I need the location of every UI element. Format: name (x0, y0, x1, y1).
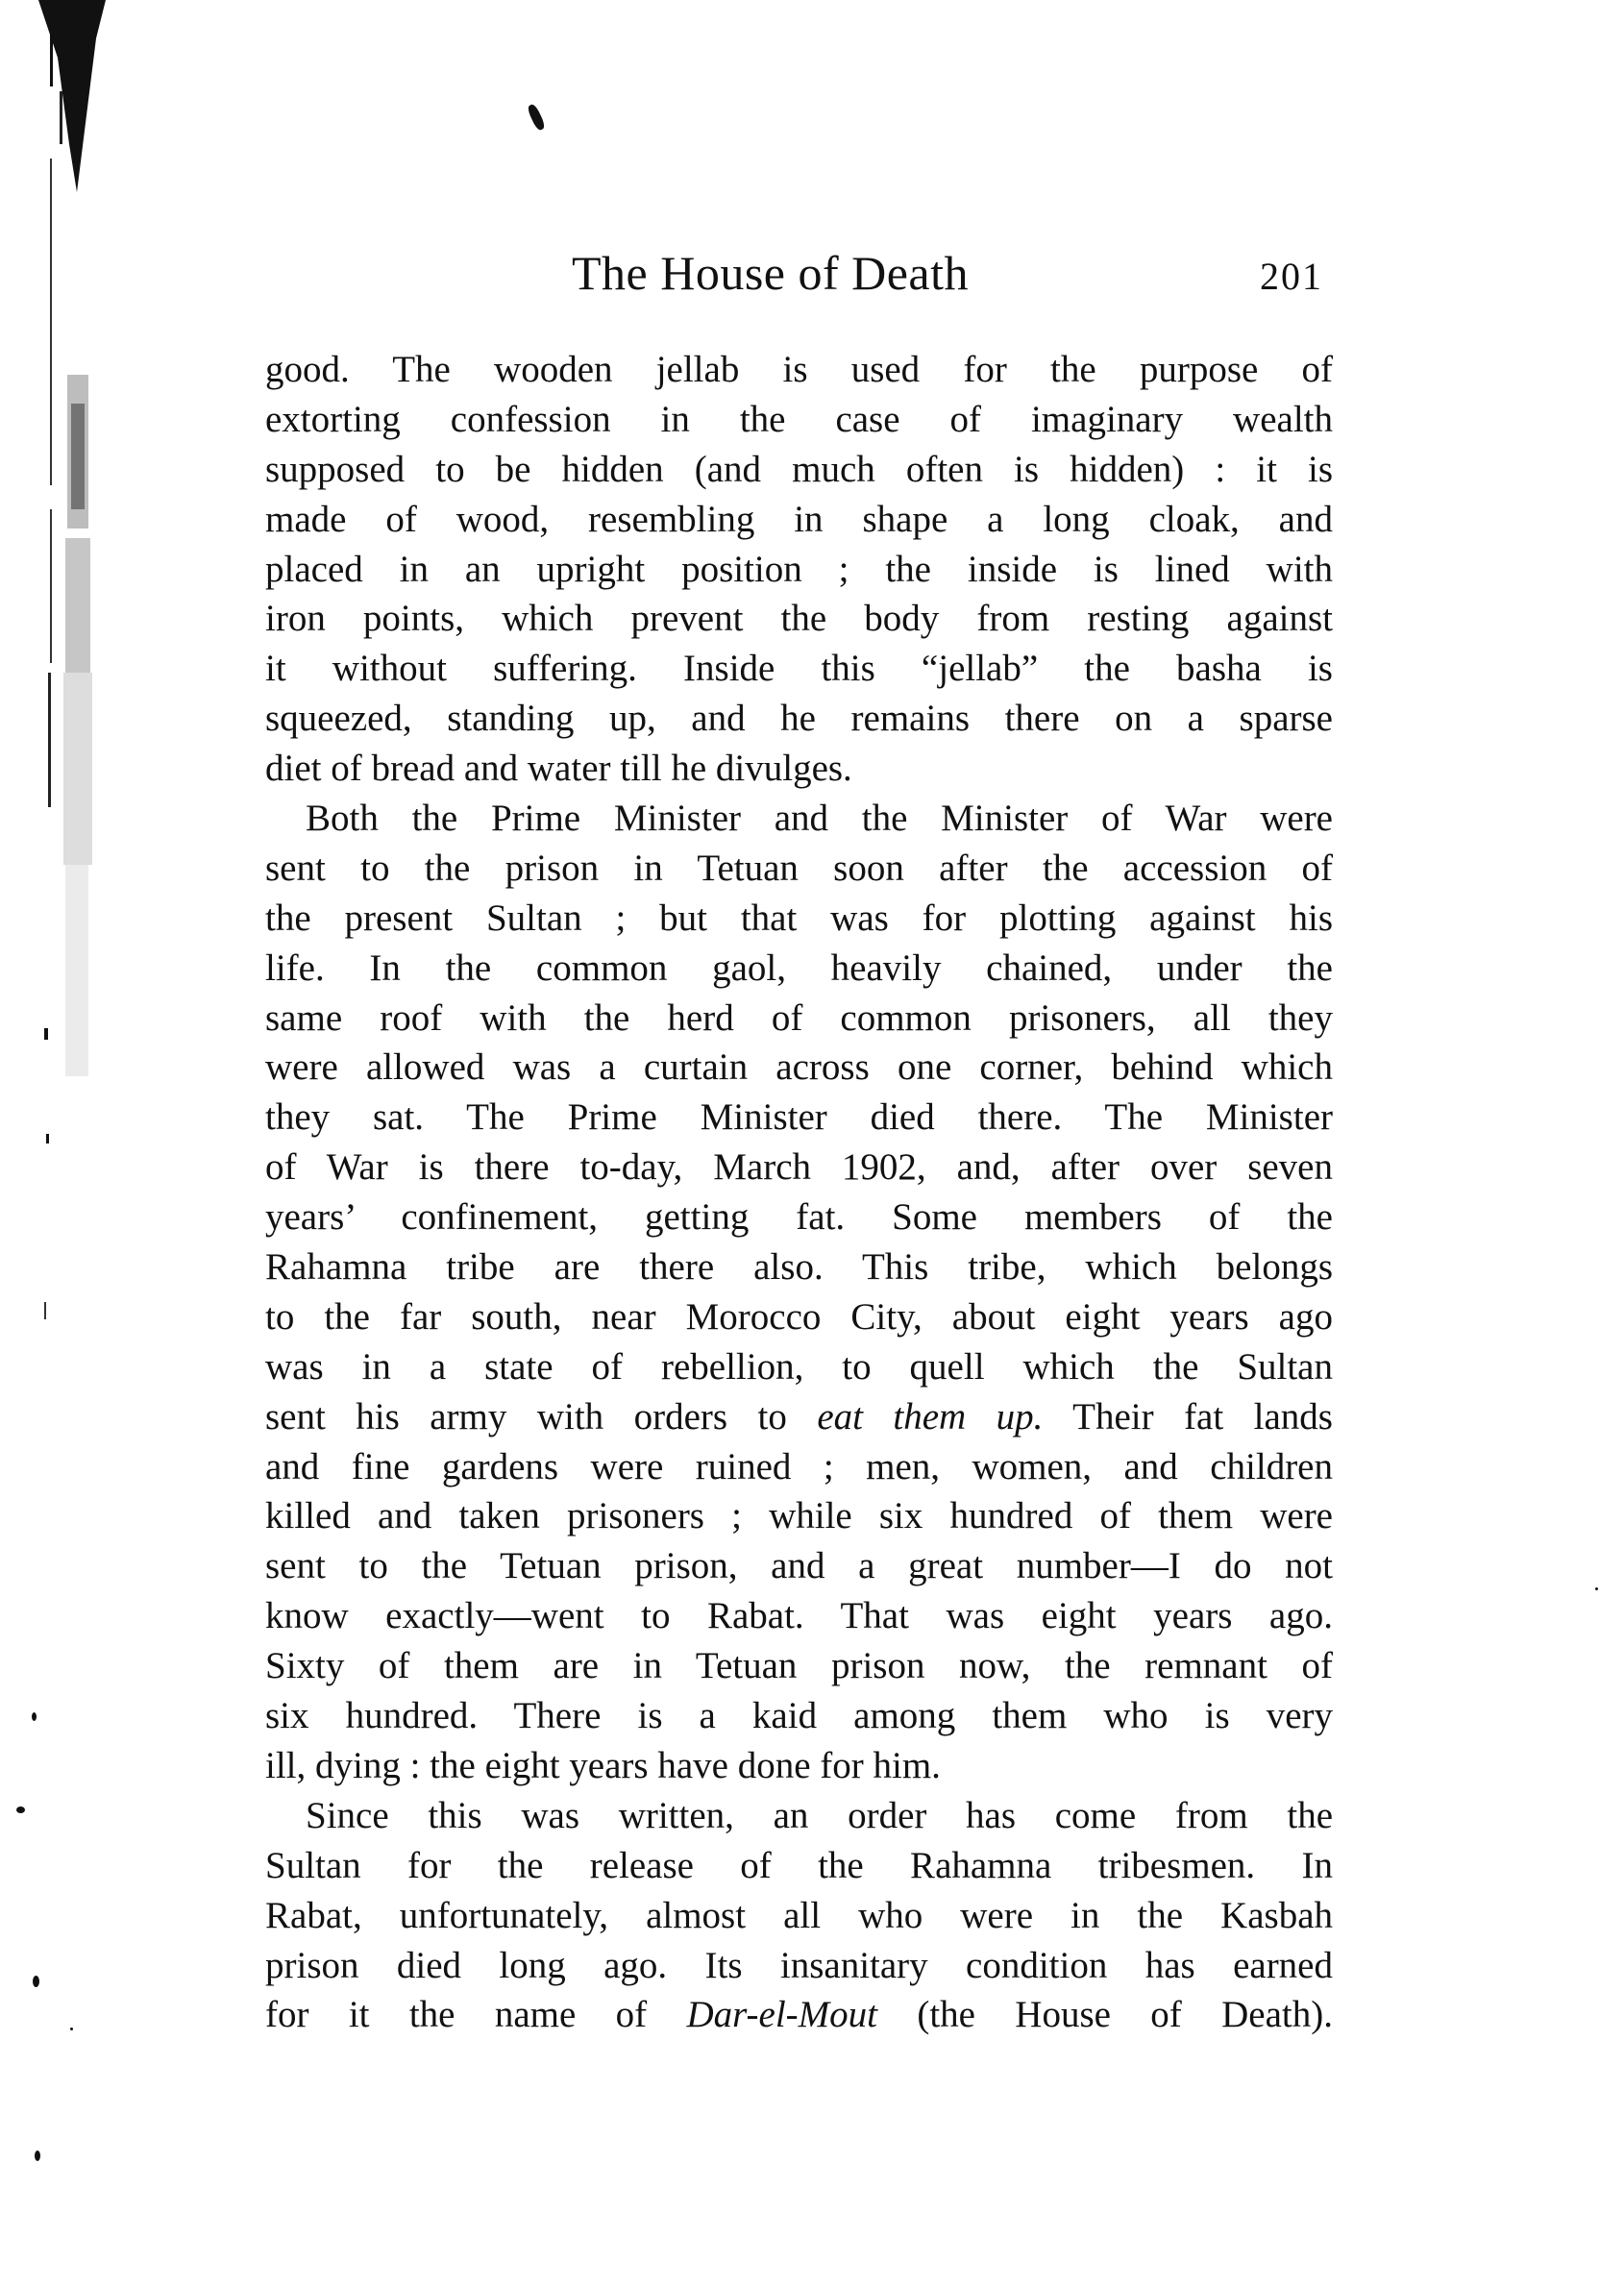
text-line: were allowed was a curtain across one co… (265, 1043, 1333, 1093)
text-line: the present Sultan ; but that was for pl… (265, 894, 1333, 944)
text-line: made of wood, resembling in shape a long… (265, 495, 1333, 545)
scan-speck (1595, 1587, 1598, 1590)
text-line: diet of bread and water till he divulges… (265, 744, 1333, 794)
text-segment: sent his army with orders to (265, 1396, 817, 1438)
scan-speck (16, 1807, 25, 1813)
text-line: they sat. The Prime Minister died there.… (265, 1093, 1333, 1143)
scan-speck (32, 1712, 37, 1721)
page-number: 201 (1260, 246, 1323, 307)
paragraph-1: good. The wooden jellab is used for the … (265, 345, 1333, 794)
text-line: sent to the Tetuan prison, and a great n… (265, 1541, 1333, 1591)
text-line: prison died long ago. Its insanitary con… (265, 1941, 1333, 1991)
text-line: extorting confession in the case of imag… (265, 395, 1333, 445)
text-segment: Their fat lands (1043, 1396, 1333, 1438)
paragraph-3: Since this was written, an order has com… (265, 1791, 1333, 2040)
text-line-with-italic: sent his army with orders to eat them up… (265, 1392, 1333, 1442)
text-line: Rabat, unfortunately, almost all who wer… (265, 1891, 1333, 1941)
text-line: killed and taken prisoners ; while six h… (265, 1491, 1333, 1541)
text-line: Sultan for the release of the Rahamna tr… (265, 1841, 1333, 1891)
scan-speck (527, 103, 547, 132)
text-line: sent to the prison in Tetuan soon after … (265, 844, 1333, 894)
text-line: Both the Prime Minister and the Minister… (265, 794, 1333, 844)
text-line: it without suffering. Inside this “jella… (265, 644, 1333, 694)
text-line: Sixty of them are in Tetuan prison now, … (265, 1641, 1333, 1691)
text-line: years’ confinement, getting fat. Some me… (265, 1192, 1333, 1242)
running-title: The House of Death (265, 242, 1333, 304)
italic-phrase: Dar-el-Mout (686, 1994, 877, 2035)
text-segment: (the House of Death). (877, 1994, 1333, 2035)
page-body: good. The wooden jellab is used for the … (265, 345, 1333, 2040)
text-line: supposed to be hidden (and much often is… (265, 445, 1333, 495)
text-line-with-italic: for it the name of Dar-el-Mout (the Hous… (265, 1990, 1333, 2040)
text-line: good. The wooden jellab is used for the … (265, 345, 1333, 395)
text-line: ill, dying : the eight years have done f… (265, 1741, 1333, 1791)
italic-phrase: eat them up. (817, 1396, 1043, 1438)
text-line: and fine gardens were ruined ; men, wome… (265, 1442, 1333, 1492)
text-line: know exactly—went to Rabat. That was eig… (265, 1591, 1333, 1641)
scan-speck (35, 2151, 40, 2161)
text-line: was in a state of rebellion, to quell wh… (265, 1342, 1333, 1392)
scan-speck (70, 2028, 73, 2030)
text-line: life. In the common gaol, heavily chaine… (265, 944, 1333, 994)
text-line: squeezed, standing up, and he remains th… (265, 694, 1333, 744)
text-line: Since this was written, an order has com… (265, 1791, 1333, 1841)
text-line: Rahamna tribe are there also. This tribe… (265, 1242, 1333, 1292)
text-line: of War is there to-day, March 1902, and,… (265, 1143, 1333, 1192)
paragraph-2: Both the Prime Minister and the Minister… (265, 794, 1333, 1791)
scan-speck (33, 1976, 39, 1987)
scan-gutter-shadow (0, 0, 135, 2286)
text-line: iron points, which prevent the body from… (265, 594, 1333, 644)
running-head: The House of Death 201 (265, 242, 1333, 304)
text-segment: for it the name of (265, 1994, 686, 2035)
text-line: placed in an upright position ; the insi… (265, 545, 1333, 595)
text-line: six hundred. There is a kaid among them … (265, 1691, 1333, 1741)
text-line: same roof with the herd of common prison… (265, 994, 1333, 1044)
text-line: to the far south, near Morocco City, abo… (265, 1292, 1333, 1342)
